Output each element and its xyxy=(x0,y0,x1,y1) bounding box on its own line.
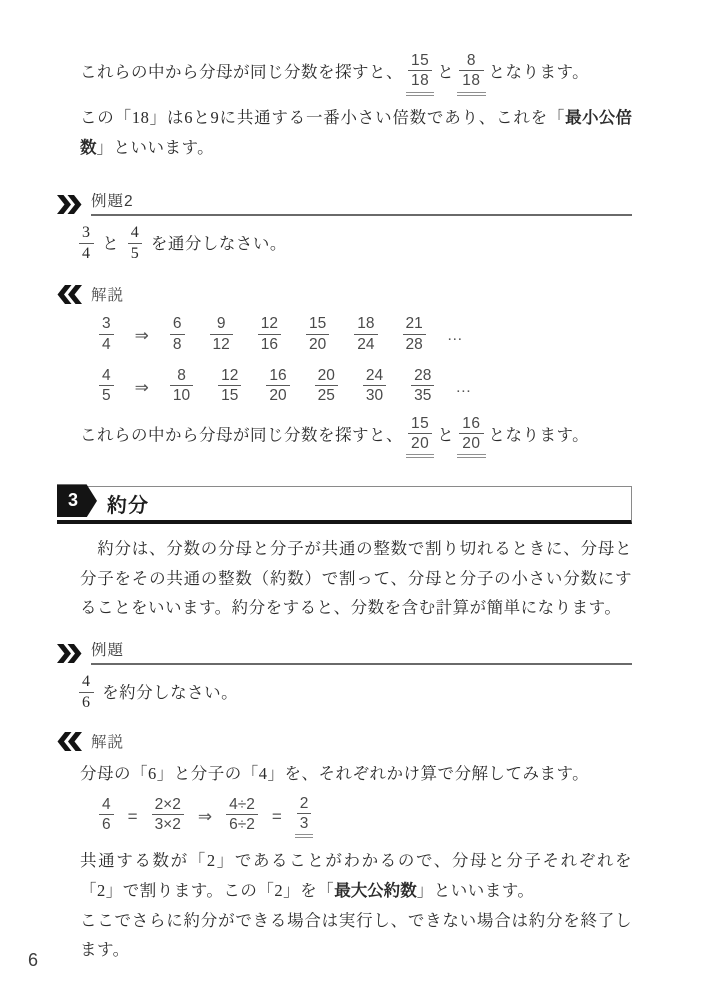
fraction-4div2-6div2: 4÷26÷2 xyxy=(226,796,258,834)
fraction-15-20: 1520 xyxy=(306,315,329,353)
explanation-label: 解説 xyxy=(91,730,124,752)
example2-header: 例題2 xyxy=(57,189,632,216)
fraction-denominator: 6 xyxy=(79,693,94,712)
fraction-numerator: 28 xyxy=(411,367,434,385)
implies-arrow: ⇒ xyxy=(135,326,149,346)
multiples-row-3-4: 34 ⇒ 68 912 1216 1520 1824 2128 … xyxy=(95,317,632,355)
fraction-numerator: 2×2 xyxy=(152,796,184,814)
fraction-21-28: 2128 xyxy=(403,315,426,353)
fraction-6-8: 68 xyxy=(170,315,185,353)
chevron-double-right-icon xyxy=(57,644,82,665)
fraction-3-4-base: 34 xyxy=(99,315,114,353)
fraction-numerator: 24 xyxy=(363,367,386,385)
example2-explanation-header: 解説 xyxy=(57,283,632,305)
chevron-double-left-icon xyxy=(57,732,82,751)
implies-arrow: ⇒ xyxy=(135,378,149,398)
lcm-suffix: 」といいます。 xyxy=(97,138,215,157)
fraction-9-12: 912 xyxy=(210,315,233,353)
fraction-numerator: 21 xyxy=(403,315,426,333)
problem-suffix: を通分しなさい。 xyxy=(151,235,287,254)
fraction-denominator: 16 xyxy=(258,335,281,353)
ellipsis: … xyxy=(447,327,465,345)
result-suffix: となります。 xyxy=(489,425,590,444)
equals-sign: = xyxy=(272,807,282,827)
final-note: ここでさらに約分ができる場合は実行し、できない場合は約分を終了します。 xyxy=(80,906,632,965)
fraction-15-18: 1518 xyxy=(408,52,432,90)
fraction-denominator: 20 xyxy=(408,434,432,452)
intro-find-suffix: となります。 xyxy=(489,63,590,82)
fraction-16-20-result: 1620 xyxy=(459,415,483,453)
fraction-denominator: 3×2 xyxy=(152,815,184,833)
fraction-numerator: 2 xyxy=(297,795,312,813)
lcm-prefix: この「18」は6と9に共通する一番小さい倍数であり、これを「 xyxy=(80,108,565,127)
fraction-numerator: 3 xyxy=(99,315,114,333)
fraction-denominator: 10 xyxy=(170,386,193,404)
underlined-fraction-15-20: 1520 xyxy=(406,415,434,459)
fraction-denominator: 28 xyxy=(403,335,426,353)
fraction-denominator: 25 xyxy=(315,386,338,404)
fraction-8-18: 818 xyxy=(459,52,483,90)
fraction-numerator: 4 xyxy=(128,224,143,243)
intro-find-prefix: これらの中から分母が同じ分数を探すと、 xyxy=(80,63,403,82)
fraction-numerator: 4 xyxy=(79,673,94,692)
fraction-2x2-3x2: 2×23×2 xyxy=(152,796,184,834)
gcd-conclusion: 共通する数が「2」であることがわかるので、分母と分子それぞれを「2」で割ります。… xyxy=(80,846,632,906)
chevron-double-left-icon xyxy=(57,285,82,304)
example-explanation-header: 解説 xyxy=(57,730,632,752)
fraction-numerator: 15 xyxy=(306,315,329,333)
decompose-sentence: 分母の「6」と分子の「4」を、それぞれかけ算で分解してみます。 xyxy=(80,759,632,788)
result-connector: と xyxy=(437,425,454,444)
fraction-denominator: 6 xyxy=(99,815,114,833)
fraction-denominator: 6÷2 xyxy=(226,815,258,833)
fraction-denominator: 20 xyxy=(306,335,329,353)
fraction-4-5-base: 45 xyxy=(99,367,114,405)
fraction-16-20: 1620 xyxy=(266,367,289,405)
fraction-denominator: 4 xyxy=(79,244,94,263)
fraction-numerator: 9 xyxy=(210,315,233,333)
fraction-numerator: 20 xyxy=(315,367,338,385)
equals-sign: = xyxy=(128,807,138,827)
fraction-numerator: 15 xyxy=(408,415,432,433)
fraction-numerator: 6 xyxy=(170,315,185,333)
fraction-denominator: 15 xyxy=(218,386,241,404)
fraction-12-15: 1215 xyxy=(218,367,241,405)
problem-connector: と xyxy=(102,235,119,254)
fraction-numerator: 16 xyxy=(459,415,483,433)
fraction-28-35: 2835 xyxy=(411,367,434,405)
fraction-4-5: 45 xyxy=(128,224,143,263)
fraction-numerator: 4 xyxy=(99,367,114,385)
chevron-double-right-icon xyxy=(57,195,82,216)
fraction-20-25: 2025 xyxy=(315,367,338,405)
fraction-4-6: 46 xyxy=(79,673,94,712)
fraction-denominator: 30 xyxy=(363,386,386,404)
fraction-denominator: 24 xyxy=(354,335,377,353)
intro-connector: と xyxy=(437,63,454,82)
fraction-4-6-eq: 46 xyxy=(99,796,114,834)
explanation-label: 解説 xyxy=(91,283,124,305)
textbook-page: これらの中から分母が同じ分数を探すと、1518と818となります。 この「18」… xyxy=(0,0,710,1000)
fraction-2-3-result: 23 xyxy=(297,795,312,833)
fraction-denominator: 3 xyxy=(297,814,312,832)
problem-suffix: を約分しなさい。 xyxy=(102,684,238,703)
page-number: 6 xyxy=(28,950,38,971)
multiples-row-4-5: 45 ⇒ 810 1215 1620 2025 2430 2835 … xyxy=(95,369,632,407)
fraction-8-10: 810 xyxy=(170,367,193,405)
section-number-badge: 3 xyxy=(57,484,97,517)
fraction-denominator: 18 xyxy=(408,71,432,89)
example-header-label: 例題 xyxy=(91,638,632,665)
underlined-fraction-2-3: 23 xyxy=(295,795,314,839)
underlined-fraction-15-18: 1518 xyxy=(406,52,434,96)
fraction-3-4: 34 xyxy=(79,224,94,263)
reduction-equation: 46 = 2×23×2 ⇒ 4÷26÷2 = 23 xyxy=(95,795,632,839)
fraction-24-30: 2430 xyxy=(363,367,386,405)
underlined-fraction-16-20: 1620 xyxy=(457,415,485,459)
section3-body: 約分は、分数の分母と分子が共通の整数で割り切れるときに、分母と分子をその共通の整… xyxy=(80,534,632,622)
fraction-numerator: 8 xyxy=(170,367,193,385)
fraction-numerator: 8 xyxy=(459,52,483,70)
intro-find-sentence: これらの中から分母が同じ分数を探すと、1518と818となります。 xyxy=(80,52,632,96)
result-prefix: これらの中から分母が同じ分数を探すと、 xyxy=(80,425,403,444)
fraction-denominator: 35 xyxy=(411,386,434,404)
fraction-denominator: 20 xyxy=(459,434,483,452)
fraction-15-20-result: 1520 xyxy=(408,415,432,453)
gcd-term: 最大公約数 xyxy=(334,882,417,900)
fraction-numerator: 18 xyxy=(354,315,377,333)
fraction-numerator: 4÷2 xyxy=(226,796,258,814)
implies-arrow: ⇒ xyxy=(198,807,212,827)
underlined-fraction-8-18: 818 xyxy=(457,52,485,96)
conclusion-suffix: 」といいます。 xyxy=(417,881,535,900)
example2-header-label: 例題2 xyxy=(91,189,632,216)
fraction-denominator: 20 xyxy=(266,386,289,404)
fraction-numerator: 15 xyxy=(408,52,432,70)
section-title: 約分 xyxy=(107,489,149,518)
example-header: 例題 xyxy=(57,638,632,665)
fraction-numerator: 4 xyxy=(99,796,114,814)
fraction-numerator: 16 xyxy=(266,367,289,385)
fraction-denominator: 18 xyxy=(459,71,483,89)
fraction-denominator: 12 xyxy=(210,335,233,353)
ellipsis: … xyxy=(455,379,473,397)
fraction-denominator: 5 xyxy=(99,386,114,404)
fraction-denominator: 5 xyxy=(128,244,143,263)
fraction-18-24: 1824 xyxy=(354,315,377,353)
fraction-numerator: 12 xyxy=(218,367,241,385)
fraction-denominator: 8 xyxy=(170,335,185,353)
example-problem: 46 を約分しなさい。 xyxy=(75,675,632,714)
example2-problem: 34 と 45 を通分しなさい。 xyxy=(75,226,632,265)
fraction-numerator: 12 xyxy=(258,315,281,333)
intro-lcm-sentence: この「18」は6と9に共通する一番小さい倍数であり、これを「最小公倍数」といいま… xyxy=(80,103,632,164)
section3-heading: 3 約分 xyxy=(57,486,632,524)
fraction-12-16: 1216 xyxy=(258,315,281,353)
example2-result-sentence: これらの中から分母が同じ分数を探すと、1520と1620となります。 xyxy=(80,415,632,459)
fraction-numerator: 3 xyxy=(79,224,94,243)
fraction-denominator: 4 xyxy=(99,335,114,353)
